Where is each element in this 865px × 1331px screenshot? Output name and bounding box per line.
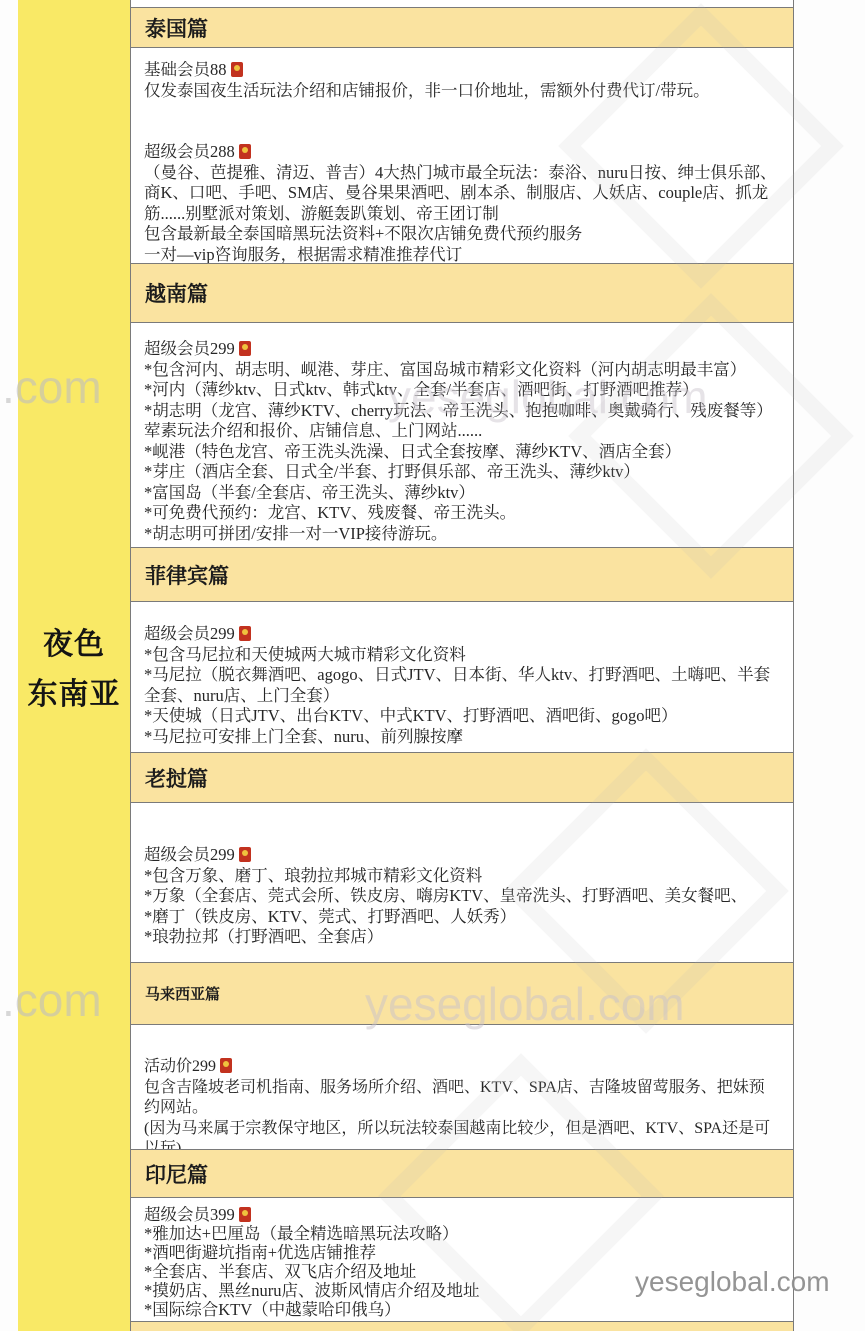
price-line: 超级会员299 [144,339,777,360]
red-envelope-icon [239,1207,251,1222]
text-line: 包含吉隆坡老司机指南、服务场所介绍、酒吧、KTV、SPA店、吉隆坡留莺服务、把妹… [144,1078,777,1119]
blank-line [144,101,777,122]
section-body-malaysia: 活动价299 包含吉隆坡老司机指南、服务场所介绍、酒吧、KTV、SPA店、吉隆坡… [131,1025,793,1150]
price-text: 超级会员288 [144,142,235,161]
section-header-vietnam: 越南篇 [131,264,793,323]
price-line: 超级会员299 [144,845,777,866]
section-title: 菲律宾篇 [145,560,229,590]
section-title: 越南篇 [145,278,208,308]
red-envelope-icon [231,62,243,77]
content-table: 泰国篇 基础会员88 仅发泰国夜生活玩法介绍和店铺报价，非一口价地址，需额外付费… [130,0,794,1331]
section-body-indonesia: 超级会员399 *雅加达+巴厘岛（最全精选暗黑玩法攻略） *酒吧街避坑指南+优选… [131,1198,793,1322]
section-header-laos: 老挝篇 [131,753,793,803]
price-line: 基础会员88 [144,60,777,81]
red-envelope-icon [239,847,251,862]
section-body-laos: 超级会员299 *包含万象、磨丁、琅勃拉邦城市精彩文化资料 *万象（全套店、莞式… [131,803,793,963]
price-line: 活动价299 [144,1057,777,1078]
section-header-malaysia: 马来西亚篇 [131,963,793,1025]
text-line: 仅发泰国夜生活玩法介绍和店铺报价，非一口价地址，需额外付费代订/带玩。 [144,81,777,102]
price-line: 超级会员399 [144,1205,777,1224]
text-line: *酒吧街避坑指南+优选店铺推荐 [144,1243,777,1262]
text-line: 包含最新最全泰国暗黑玩法资料+不限次店铺免费代预约服务 [144,224,777,245]
red-envelope-icon [239,341,251,356]
text-line: *可免费代预约：龙宫、KTV、残废餐、帝王洗头。 [144,503,777,524]
table-bottom-sliver [131,1322,793,1331]
sidebar: 夜色 东南亚 [18,0,130,1331]
section-header-indonesia: 印尼篇 [131,1150,793,1198]
section-title: 印尼篇 [145,1159,208,1189]
text-line: *万象（全套店、莞式会所、铁皮房、嗨房KTV、皇帝洗头、打野酒吧、美女餐吧、 [144,886,777,907]
text-line: *胡志明（龙宫、薄纱KTV、cherry玩法、帝王洗头、抱抱咖啡、奥戴骑行、残废… [144,401,777,442]
sidebar-title-line1: 夜色 [18,620,130,670]
price-text: 活动价299 [144,1058,216,1075]
section-header-thailand: 泰国篇 [131,8,793,48]
text-line: *全套店、半套店、双飞店介绍及地址 [144,1262,777,1281]
price-text: 超级会员299 [144,845,235,864]
table-top-sliver [131,0,793,8]
text-line: *富国岛（半套/全套店、帝王洗头、薄纱ktv） [144,483,777,504]
price-text: 超级会员399 [144,1205,235,1224]
section-body-thailand: 基础会员88 仅发泰国夜生活玩法介绍和店铺报价，非一口价地址，需额外付费代订/带… [131,48,793,264]
text-line: *天使城（日式JTV、出台KTV、中式KTV、打野酒吧、酒吧街、gogo吧） [144,706,777,727]
text-line: *岘港（特色龙宫、帝王洗头洗澡、日式全套按摩、薄纱KTV、酒店全套） [144,442,777,463]
sidebar-title: 夜色 东南亚 [18,620,130,720]
price-text: 超级会员299 [144,624,235,643]
text-line: （曼谷、芭提雅、清迈、普吉）4大热门城市最全玩法：泰浴、nuru日按、绅士俱乐部… [144,163,777,225]
text-line: *雅加达+巴厘岛（最全精选暗黑玩法攻略） [144,1224,777,1243]
text-line: *国际综合KTV（中越蒙哈印俄乌） [144,1300,777,1319]
section-body-philippines: 超级会员299 *包含马尼拉和天使城两大城市精彩文化资料 *马尼拉（脱衣舞酒吧、… [131,602,793,753]
price-line: 超级会员288 [144,142,777,163]
text-line: *琅勃拉邦（打野酒吧、全套店） [144,927,777,948]
text-line: *磨丁（铁皮房、KTV、莞式、打野酒吧、人妖秀） [144,907,777,928]
text-line: *包含马尼拉和天使城两大城市精彩文化资料 [144,645,777,666]
price-text: 基础会员88 [144,60,227,79]
text-line: *胡志明可拼团/安排一对一VIP接待游玩。 [144,524,777,545]
red-envelope-icon [239,626,251,641]
section-title: 泰国篇 [145,13,208,43]
section-header-philippines: 菲律宾篇 [131,548,793,602]
section-body-vietnam: 超级会员299 *包含河内、胡志明、岘港、芽庄、富国岛城市精彩文化资料（河内胡志… [131,323,793,548]
text-line: *包含河内、胡志明、岘港、芽庄、富国岛城市精彩文化资料（河内胡志明最丰富） [144,360,777,381]
text-line: 一对—vip咨询服务，根据需求精准推荐代订 [144,245,777,265]
section-title: 马来西亚篇 [145,983,220,1004]
text-line: *河内（薄纱ktv、日式ktv、韩式ktv、全套/半套店、酒吧街、打野酒吧推荐） [144,380,777,401]
price-line: 超级会员299 [144,624,777,645]
section-title: 老挝篇 [145,763,208,793]
text-line: *摸奶店、黑丝nuru店、波斯风情店介绍及地址 [144,1281,777,1300]
price-text: 超级会员299 [144,339,235,358]
blank-line [144,122,777,143]
red-envelope-icon [239,144,251,159]
text-line: (因为马来属于宗教保守地区，所以玩法较泰国越南比较少，但是酒吧、KTV、SPA还… [144,1119,777,1151]
page: 夜色 东南亚 泰国篇 基础会员88 仅发泰国夜生活玩法介绍和店铺报价，非一口价地… [0,0,865,1331]
text-line: *芽庄（酒店全套、日式全/半套、打野俱乐部、帝王洗头、薄纱ktv） [144,462,777,483]
sidebar-title-line2: 东南亚 [18,670,130,720]
text-line: *马尼拉可安排上门全套、nuru、前列腺按摩 [144,727,777,748]
red-envelope-icon [220,1058,232,1073]
text-line: *马尼拉（脱衣舞酒吧、agogo、日式JTV、日本街、华人ktv、打野酒吧、土嗨… [144,665,777,706]
text-line: *包含万象、磨丁、琅勃拉邦城市精彩文化资料 [144,866,777,887]
